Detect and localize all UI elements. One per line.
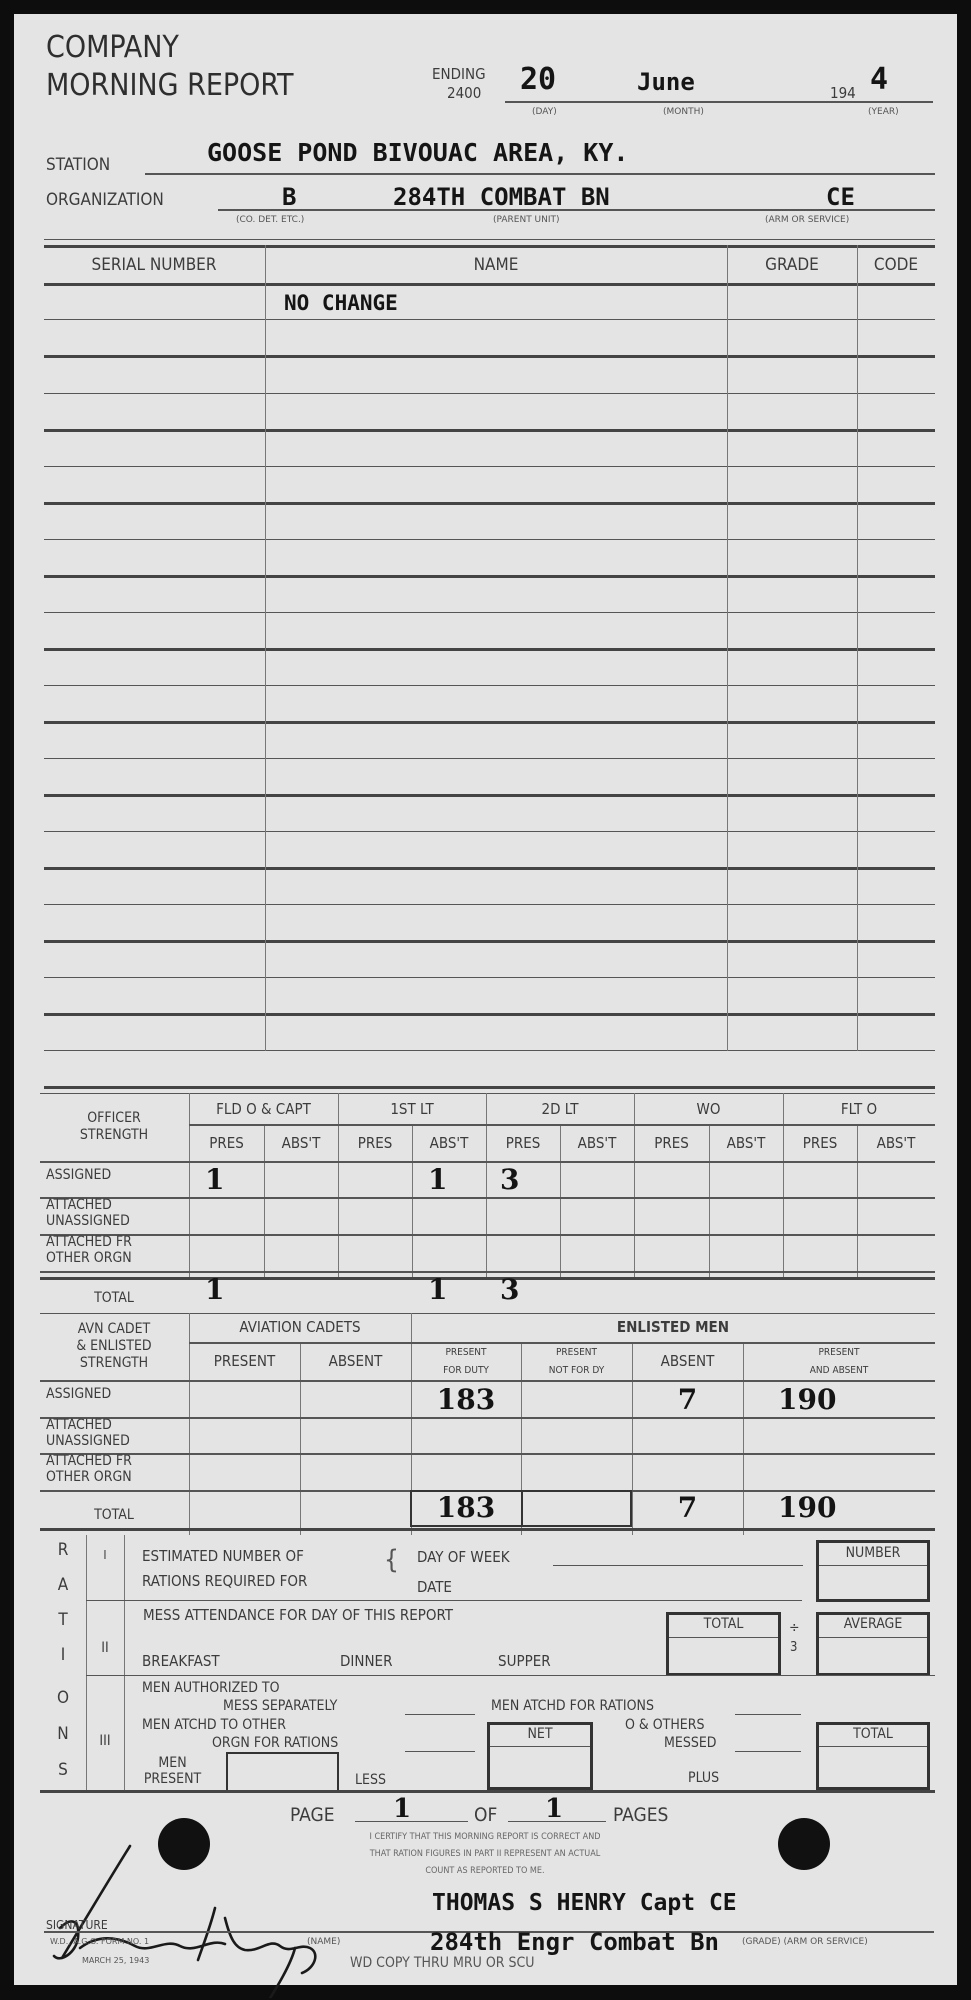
rations-side-letter: A bbox=[40, 1575, 86, 1595]
officer-col-divider bbox=[783, 1093, 784, 1278]
officer-title-2: STRENGTH bbox=[40, 1127, 188, 1143]
atchd-other-line1: MEN ATCHD TO OTHER bbox=[142, 1717, 286, 1733]
officer-subcol: ABS'T bbox=[560, 1134, 634, 1152]
col-header-grade: GRADE bbox=[727, 255, 857, 275]
roster-entry-name: NO CHANGE bbox=[284, 291, 398, 315]
col-present-for-duty-1: PRESENT bbox=[411, 1347, 521, 1358]
officer-subcol: PRES bbox=[189, 1134, 264, 1152]
officer-subcol: ABS'T bbox=[412, 1134, 486, 1152]
breakfast-label: BREAKFAST bbox=[142, 1652, 220, 1670]
roster-col-divider bbox=[265, 245, 266, 1051]
total-present-and-absent: 190 bbox=[778, 1491, 836, 1524]
rations-side-letter: N bbox=[40, 1724, 86, 1744]
officer-bottom-rule bbox=[40, 1277, 935, 1280]
plus-label: PLUS bbox=[688, 1770, 719, 1786]
col-header-name: NAME bbox=[265, 255, 727, 275]
officer-assigned-2dlt-pres: 3 bbox=[500, 1163, 519, 1196]
of-label: OF bbox=[474, 1804, 497, 1826]
form-title-line1: COMPANY bbox=[46, 30, 179, 65]
officer-col-divider bbox=[634, 1093, 635, 1278]
part1-bottom-rule bbox=[86, 1600, 802, 1601]
grade-caption: (GRADE) (ARM OR SERVICE) bbox=[742, 1937, 868, 1947]
col-present-not-for-duty-2: NOT FOR DY bbox=[521, 1365, 632, 1376]
org-arm-caption: (ARM OR SERVICE) bbox=[765, 215, 849, 225]
men-present-line1: MEN bbox=[125, 1755, 220, 1771]
officer-row-label: UNASSIGNED bbox=[46, 1214, 130, 1229]
roster-rule bbox=[44, 466, 935, 467]
roster-rule bbox=[44, 502, 935, 505]
officer-assigned-fldo-pres: 1 bbox=[205, 1163, 224, 1196]
signer-unit: 284th Engr Combat Bn bbox=[430, 1928, 719, 1956]
enlisted-title-2: & ENLISTED bbox=[40, 1338, 188, 1355]
officer-row-rule bbox=[40, 1271, 935, 1273]
roster-rule bbox=[44, 940, 935, 943]
rations-side-letter: S bbox=[40, 1760, 86, 1780]
officer-group-fldo-capt: FLD O & CAPT bbox=[189, 1100, 338, 1118]
total-absent: 7 bbox=[632, 1491, 743, 1524]
number-label: NUMBER bbox=[816, 1545, 930, 1561]
officer-col-divider bbox=[189, 1093, 190, 1278]
name-caption: (NAME) bbox=[307, 1937, 340, 1947]
brace: { bbox=[384, 1545, 399, 1575]
report-year: 4 bbox=[870, 62, 888, 97]
roster-rule bbox=[44, 977, 935, 978]
rations-side-letter: I bbox=[40, 1645, 86, 1665]
roster-top-rule bbox=[44, 239, 935, 240]
officer-sub-rule bbox=[189, 1124, 935, 1126]
form-title-line2: MORNING REPORT bbox=[46, 68, 293, 103]
enlisted-row-label: ATTACHED FR bbox=[46, 1454, 132, 1469]
mess-total-label: TOTAL bbox=[666, 1616, 781, 1632]
rations-bottom-rule bbox=[40, 1790, 935, 1793]
part2-number: II bbox=[86, 1640, 124, 1656]
date-label: DATE bbox=[417, 1578, 452, 1596]
day-caption: (DAY) bbox=[532, 107, 557, 117]
org-arm-service: CE bbox=[826, 183, 855, 211]
group-aviation-cadets: AVIATION CADETS bbox=[189, 1318, 411, 1336]
roster-rule bbox=[44, 429, 935, 432]
roster-col-divider bbox=[857, 245, 858, 1051]
month-caption: (MONTH) bbox=[663, 107, 704, 117]
officer-subcol: PRES bbox=[338, 1134, 412, 1152]
ending-label: ENDING bbox=[432, 65, 486, 83]
officer-group-1st-lt: 1ST LT bbox=[338, 1100, 486, 1118]
officer-row-rule bbox=[40, 1161, 935, 1163]
officer-col-divider bbox=[338, 1093, 339, 1278]
roster-rule bbox=[44, 831, 935, 832]
enlisted-row-rule bbox=[40, 1417, 935, 1419]
officer-col-divider bbox=[486, 1093, 487, 1278]
ending-time: 2400 bbox=[447, 84, 481, 102]
day-of-week-line bbox=[553, 1565, 803, 1566]
enlisted-row-label: TOTAL bbox=[40, 1507, 188, 1523]
col-header-serial: SERIAL NUMBER bbox=[44, 255, 264, 275]
enlisted-bottom-rule bbox=[40, 1528, 935, 1531]
roster-rule bbox=[44, 758, 935, 759]
part3-number: III bbox=[86, 1733, 124, 1749]
roster-rule bbox=[44, 539, 935, 540]
org-parent-unit: 284TH COMBAT BN bbox=[393, 183, 610, 211]
roster-rule bbox=[44, 648, 935, 651]
wd-copy-note: WD COPY THRU MRU OR SCU bbox=[350, 1955, 535, 1971]
roster-rule bbox=[44, 283, 935, 286]
average-label: AVERAGE bbox=[816, 1616, 930, 1632]
organization-label: ORGANIZATION bbox=[46, 190, 164, 210]
officer-row-label: ATTACHED FR bbox=[46, 1235, 132, 1250]
roster-rule bbox=[44, 867, 935, 870]
enlisted-top-rule bbox=[40, 1313, 935, 1314]
assigned-absent: 7 bbox=[632, 1383, 743, 1416]
officer-row-label: ATTACHED bbox=[46, 1198, 112, 1213]
page-total: 1 bbox=[545, 1794, 563, 1824]
enlisted-row-label: UNASSIGNED bbox=[46, 1434, 130, 1449]
enlisted-col-divider bbox=[189, 1313, 190, 1535]
officer-title-1: OFFICER bbox=[40, 1110, 188, 1126]
number-box-rule bbox=[819, 1565, 927, 1566]
average-box-rule bbox=[819, 1637, 927, 1638]
officer-row-rule bbox=[40, 1234, 935, 1236]
rations-side-letter: O bbox=[40, 1688, 86, 1708]
officer-subcol: ABS'T bbox=[709, 1134, 783, 1152]
part1-number: I bbox=[86, 1548, 124, 1562]
enlisted-title-3: STRENGTH bbox=[40, 1355, 188, 1372]
roster-rule bbox=[44, 721, 935, 724]
station-value: GOOSE POND BIVOUAC AREA, KY. bbox=[207, 138, 628, 167]
rations-total-box-rule bbox=[819, 1746, 927, 1747]
officer-top-rule bbox=[40, 1093, 935, 1094]
officer-row-label: OTHER ORGN bbox=[46, 1251, 132, 1266]
total-present-for-duty: 183 bbox=[411, 1491, 521, 1524]
org-company-caption: (CO. DET. ETC.) bbox=[236, 215, 304, 225]
col-cadets-absent: ABSENT bbox=[300, 1352, 411, 1370]
form-number-line2: MARCH 25, 1943 bbox=[82, 1956, 149, 1965]
year-prefix: 194 bbox=[830, 84, 856, 102]
others-line1: O & OTHERS bbox=[625, 1717, 705, 1733]
group-enlisted-men: ENLISTED MEN bbox=[411, 1318, 935, 1336]
supper-label: SUPPER bbox=[498, 1652, 551, 1670]
rations-side-letter: R bbox=[40, 1540, 86, 1560]
page-number: 1 bbox=[393, 1794, 411, 1824]
roster-rule bbox=[44, 794, 935, 797]
col-em-absent: ABSENT bbox=[632, 1352, 743, 1370]
roster-rule bbox=[44, 319, 935, 320]
roster-rule bbox=[44, 1013, 935, 1016]
mess-total-box-rule bbox=[669, 1637, 778, 1638]
assigned-present-for-duty: 183 bbox=[411, 1383, 521, 1416]
signer-name: THOMAS S HENRY Capt CE bbox=[432, 1890, 737, 1916]
officer-subcol: ABS'T bbox=[857, 1134, 935, 1152]
part2-bottom-rule bbox=[86, 1675, 935, 1676]
net-box-rule bbox=[490, 1746, 590, 1747]
part1-line1: ESTIMATED NUMBER OF bbox=[142, 1547, 304, 1565]
others-line2: MESSED bbox=[664, 1735, 716, 1751]
officer-subcol: PRES bbox=[486, 1134, 560, 1152]
roster-rule bbox=[44, 355, 935, 358]
col-present-and-absent-1: PRESENT bbox=[743, 1347, 935, 1358]
officer-total-1stlt-abst: 1 bbox=[428, 1273, 447, 1306]
col-cadets-present: PRESENT bbox=[189, 1352, 300, 1370]
atchd-other-line2: ORGN FOR RATIONS bbox=[212, 1735, 338, 1751]
page-num-line bbox=[355, 1821, 468, 1822]
officer-group-flt-o: FLT O bbox=[783, 1100, 935, 1118]
rations-total-label: TOTAL bbox=[816, 1726, 930, 1742]
enlisted-row-label: OTHER ORGN bbox=[46, 1470, 132, 1485]
less-label: LESS bbox=[355, 1772, 386, 1788]
atchd-for-rations-line bbox=[735, 1714, 801, 1715]
auth-line bbox=[405, 1714, 475, 1715]
officer-row-rule bbox=[40, 1197, 935, 1199]
col-present-for-duty-2: FOR DUTY bbox=[411, 1365, 521, 1376]
dinner-label: DINNER bbox=[340, 1652, 392, 1670]
part2-title: MESS ATTENDANCE FOR DAY OF THIS REPORT bbox=[143, 1606, 453, 1624]
roster-rule bbox=[44, 685, 935, 686]
day-of-week-label: DAY OF WEEK bbox=[417, 1548, 510, 1566]
roster-col-divider bbox=[727, 245, 728, 1051]
enlisted-sub-rule bbox=[189, 1342, 935, 1344]
others-line bbox=[735, 1751, 801, 1752]
officer-subcol: PRES bbox=[634, 1134, 709, 1152]
station-label: STATION bbox=[46, 155, 110, 175]
org-parent-caption: (PARENT UNIT) bbox=[493, 215, 560, 225]
enlisted-row-rule bbox=[40, 1453, 935, 1455]
total-present-box-divider bbox=[521, 1490, 523, 1527]
col-header-code: CODE bbox=[857, 255, 935, 275]
officer-group-wo: WO bbox=[634, 1100, 783, 1118]
officer-assigned-1stlt-abst: 1 bbox=[428, 1163, 447, 1196]
part1-line2: RATIONS REQUIRED FOR bbox=[142, 1572, 307, 1590]
page-label: PAGE bbox=[290, 1804, 335, 1826]
officer-subcol: PRES bbox=[783, 1134, 857, 1152]
net-label: NET bbox=[487, 1726, 593, 1742]
org-company: B bbox=[282, 183, 296, 211]
divide-sign: ÷ bbox=[789, 1620, 800, 1636]
roster-top-rule-2 bbox=[44, 245, 935, 248]
rations-part-divider bbox=[124, 1535, 125, 1792]
atchd-other-line bbox=[405, 1751, 475, 1752]
officer-total-2dlt-pres: 3 bbox=[500, 1273, 519, 1306]
station-underline bbox=[145, 173, 935, 175]
officer-subcol: ABS'T bbox=[264, 1134, 338, 1152]
officer-row-label: TOTAL bbox=[40, 1290, 188, 1306]
enlisted-title-1: AVN CADET bbox=[40, 1321, 188, 1338]
men-present-box[interactable] bbox=[226, 1752, 339, 1792]
roster-rule bbox=[44, 1050, 935, 1051]
col-present-not-for-duty-1: PRESENT bbox=[521, 1347, 632, 1358]
men-present-line2: PRESENT bbox=[125, 1771, 220, 1787]
form-number-line1: W.D., A.G.O. FORM NO. 1 bbox=[50, 1937, 149, 1946]
date-underline bbox=[505, 101, 933, 103]
enlisted-row-label: ASSIGNED bbox=[46, 1386, 111, 1402]
pages-label: PAGES bbox=[613, 1804, 668, 1826]
roster-rule bbox=[44, 904, 935, 905]
auth-line2: MESS SEPARATELY bbox=[223, 1698, 337, 1714]
enlisted-col-divider bbox=[300, 1342, 301, 1535]
auth-line1: MEN AUTHORIZED TO bbox=[142, 1680, 280, 1696]
divide-by: 3 bbox=[790, 1640, 797, 1655]
enlisted-row-label: ATTACHED bbox=[46, 1418, 112, 1433]
roster-rule bbox=[44, 612, 935, 613]
officer-group-2d-lt: 2D LT bbox=[486, 1100, 634, 1118]
signature-label: SIGNATURE bbox=[46, 1918, 108, 1932]
year-caption: (YEAR) bbox=[868, 107, 899, 117]
rations-side-letter: T bbox=[40, 1610, 86, 1630]
roster-rule bbox=[44, 393, 935, 394]
atchd-for-rations: MEN ATCHD FOR RATIONS bbox=[491, 1698, 654, 1714]
roster-rule bbox=[44, 1086, 935, 1089]
col-present-and-absent-2: AND ABSENT bbox=[743, 1365, 935, 1376]
report-month: June bbox=[637, 68, 695, 96]
officer-row-label: ASSIGNED bbox=[46, 1167, 111, 1183]
rations-side-divider bbox=[86, 1535, 87, 1792]
roster-rule bbox=[44, 575, 935, 578]
report-day: 20 bbox=[520, 62, 556, 97]
enlisted-row-rule bbox=[40, 1380, 935, 1382]
punch-hole-right bbox=[778, 1818, 830, 1870]
assigned-present-and-absent: 190 bbox=[778, 1383, 836, 1416]
officer-total-fldo-pres: 1 bbox=[205, 1273, 224, 1306]
